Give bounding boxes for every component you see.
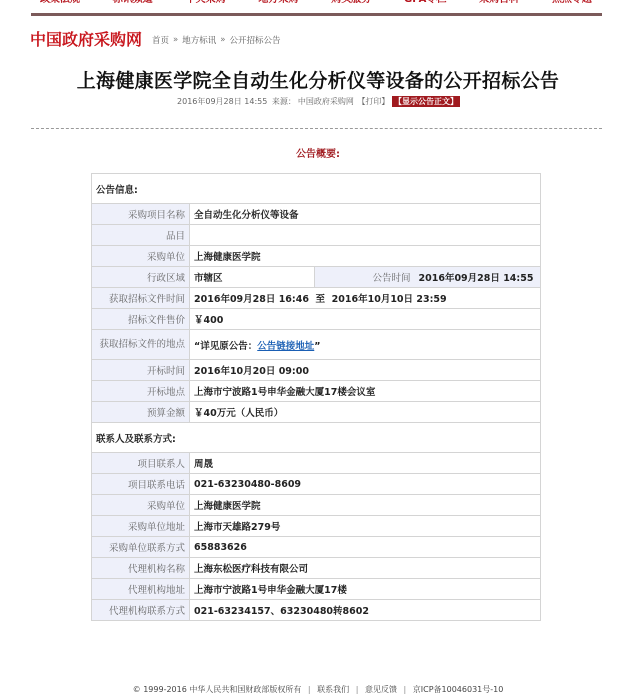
row-label: 代理机构地址 (92, 579, 190, 600)
purchaser-address-value: 上海市天雄路279号 (190, 516, 541, 537)
table-row: 项目联系电话 021-63230480-8609 (92, 474, 541, 495)
nav-item-encyclopedia[interactable]: 采购百科 (479, 0, 519, 8)
row-label: 预算金额 (92, 402, 190, 423)
row-label: 招标文件售价 (92, 309, 190, 330)
footer-separator: | (356, 685, 359, 694)
table-row: 采购单位联系方式 65883626 (92, 537, 541, 558)
dashed-divider (31, 128, 602, 129)
row-label: 项目联系电话 (92, 474, 190, 495)
table-row: 获取招标文件时间 2016年09月28日 16:46 至 2016年10月10日… (92, 288, 541, 309)
table-row: 项目联系人 周晟 (92, 453, 541, 474)
nav-underline-bar (31, 13, 602, 16)
breadcrumb-home[interactable]: 首页 (152, 34, 169, 46)
table-row: 开标地点 上海市宁波路1号申华金融大厦17楼会议室 (92, 381, 541, 402)
table-row: 行政区域 市辖区 公告时间 2016年09月28日 14:55 (92, 267, 541, 288)
nav-item-hot-topics[interactable]: 热点专题 (552, 0, 592, 8)
contact-phone-value: 021-63230480-8609 (190, 474, 541, 495)
table-row: 品目 (92, 225, 541, 246)
table-row: 预算金额 ￥40万元（人民币） (92, 402, 541, 423)
nav-item-bid-channel[interactable]: 标讯频道 (113, 0, 153, 8)
print-button[interactable]: 【打印】 (357, 97, 389, 106)
top-nav: 政策法规 标讯频道 中央采购 地方采购 购买服务 GPA专栏 采购百科 热点专题 (28, 0, 604, 8)
table-row: 采购单位 上海健康医学院 (92, 495, 541, 516)
opening-time-value: 2016年10月20日 09:00 (190, 360, 541, 381)
header-row: 中国政府采购网 首页 » 地方标讯 » 公开招标公告 (30, 31, 280, 49)
nav-item-policy[interactable]: 政策法规 (40, 0, 80, 8)
section-heading-contact: 联系人及联系方式: (92, 423, 541, 453)
doc-time-value: 2016年09月28日 16:46 至 2016年10月10日 23:59 (190, 288, 541, 309)
project-name-value: 全自动生化分析仪等设备 (190, 204, 541, 225)
opening-location-value: 上海市宁波路1号申华金融大厦17楼会议室 (190, 381, 541, 402)
row-label: 采购项目名称 (92, 204, 190, 225)
table-row: 招标文件售价 ￥400 (92, 309, 541, 330)
row-label: 获取招标文件时间 (92, 288, 190, 309)
nav-item-purchase-services[interactable]: 购买服务 (331, 0, 371, 8)
source-name: 中国政府采购网 (298, 97, 354, 106)
agency-address-value: 上海市宁波路1号申华金融大厦17楼 (190, 579, 541, 600)
section-heading-info: 公告信息: (92, 174, 541, 204)
copyright-text: © 1999-2016 中华人民共和国财政部版权所有 (133, 685, 302, 694)
category-value (190, 225, 541, 246)
source-label: 来源： (272, 97, 296, 106)
contact-person-value: 周晟 (190, 453, 541, 474)
nav-item-central-procurement[interactable]: 中央采购 (186, 0, 226, 8)
row-label: 项目联系人 (92, 453, 190, 474)
footer-separator: | (404, 685, 407, 694)
table-row: 获取招标文件的地点 “详见原公告：公告链接地址” (92, 330, 541, 360)
announcement-link[interactable]: 公告链接地址 (257, 341, 314, 352)
site-logo[interactable]: 中国政府采购网 (30, 31, 142, 49)
nav-item-local-procurement[interactable]: 地方采购 (258, 0, 298, 8)
breadcrumb: 首页 » 地方标讯 » 公开招标公告 (152, 34, 280, 46)
purchaser-contact-value: 65883626 (190, 537, 541, 558)
footer-separator: | (308, 685, 311, 694)
row-label: 开标地点 (92, 381, 190, 402)
announce-time-value: 2016年09月28日 14:55 (415, 267, 541, 288)
breadcrumb-current[interactable]: 公开招标公告 (229, 34, 280, 46)
publish-date: 2016年09月28日 14:55 (177, 97, 267, 106)
table-row: 代理机构联系方式 021-63234157、63230480转8602 (92, 600, 541, 621)
table-row: 开标时间 2016年10月20日 09:00 (92, 360, 541, 381)
breadcrumb-local-bids[interactable]: 地方标讯 (182, 34, 216, 46)
table-row: 代理机构地址 上海市宁波路1号申华金融大厦17楼 (92, 579, 541, 600)
row-label: 采购单位 (92, 246, 190, 267)
table-row: 采购单位地址 上海市天雄路279号 (92, 516, 541, 537)
row-label: 开标时间 (92, 360, 190, 381)
region-value: 市辖区 (190, 267, 315, 288)
show-full-text-button[interactable]: 【显示公告正文】 (392, 96, 460, 107)
location-prefix: “详见原公告： (194, 341, 257, 352)
row-label: 公告时间 (315, 267, 415, 288)
agency-name-value: 上海东松医疗科技有限公司 (190, 558, 541, 579)
feedback-link[interactable]: 意见反馈 (365, 685, 397, 694)
row-label: 获取招标文件的地点 (92, 330, 190, 360)
table-row: 采购单位 上海健康医学院 (92, 246, 541, 267)
article-meta: 2016年09月28日 14:55 来源：中国政府采购网 【打印】 【显示公告正… (0, 96, 636, 107)
breadcrumb-separator: » (220, 35, 225, 45)
breadcrumb-separator: » (173, 35, 178, 45)
footer: © 1999-2016 中华人民共和国财政部版权所有 | 联系我们 | 意见反馈… (0, 684, 636, 695)
announcement-info-table: 公告信息: 采购项目名称 全自动生化分析仪等设备 品目 采购单位 上海健康医学院… (91, 173, 541, 621)
purchaser-value: 上海健康医学院 (190, 246, 541, 267)
table-row: 采购项目名称 全自动生化分析仪等设备 (92, 204, 541, 225)
page-title: 上海健康医学院全自动生化分析仪等设备的公开招标公告 (0, 66, 636, 93)
row-label: 采购单位 (92, 495, 190, 516)
doc-price-value: ￥400 (190, 309, 541, 330)
icp-link[interactable]: 京ICP备10046031号-10 (413, 685, 504, 694)
purchaser-name-value: 上海健康医学院 (190, 495, 541, 516)
row-label: 品目 (92, 225, 190, 246)
summary-heading: 公告概要: (0, 145, 636, 160)
row-label: 采购单位联系方式 (92, 537, 190, 558)
budget-value: ￥40万元（人民币） (190, 402, 541, 423)
table-row: 代理机构名称 上海东松医疗科技有限公司 (92, 558, 541, 579)
doc-location-value: “详见原公告：公告链接地址” (190, 330, 541, 360)
agency-contact-value: 021-63234157、63230480转8602 (190, 600, 541, 621)
row-label: 行政区域 (92, 267, 190, 288)
row-label: 代理机构联系方式 (92, 600, 190, 621)
row-label: 代理机构名称 (92, 558, 190, 579)
location-suffix: ” (314, 341, 320, 352)
row-label: 采购单位地址 (92, 516, 190, 537)
contact-us-link[interactable]: 联系我们 (317, 685, 349, 694)
nav-item-gpa[interactable]: GPA专栏 (404, 0, 446, 8)
